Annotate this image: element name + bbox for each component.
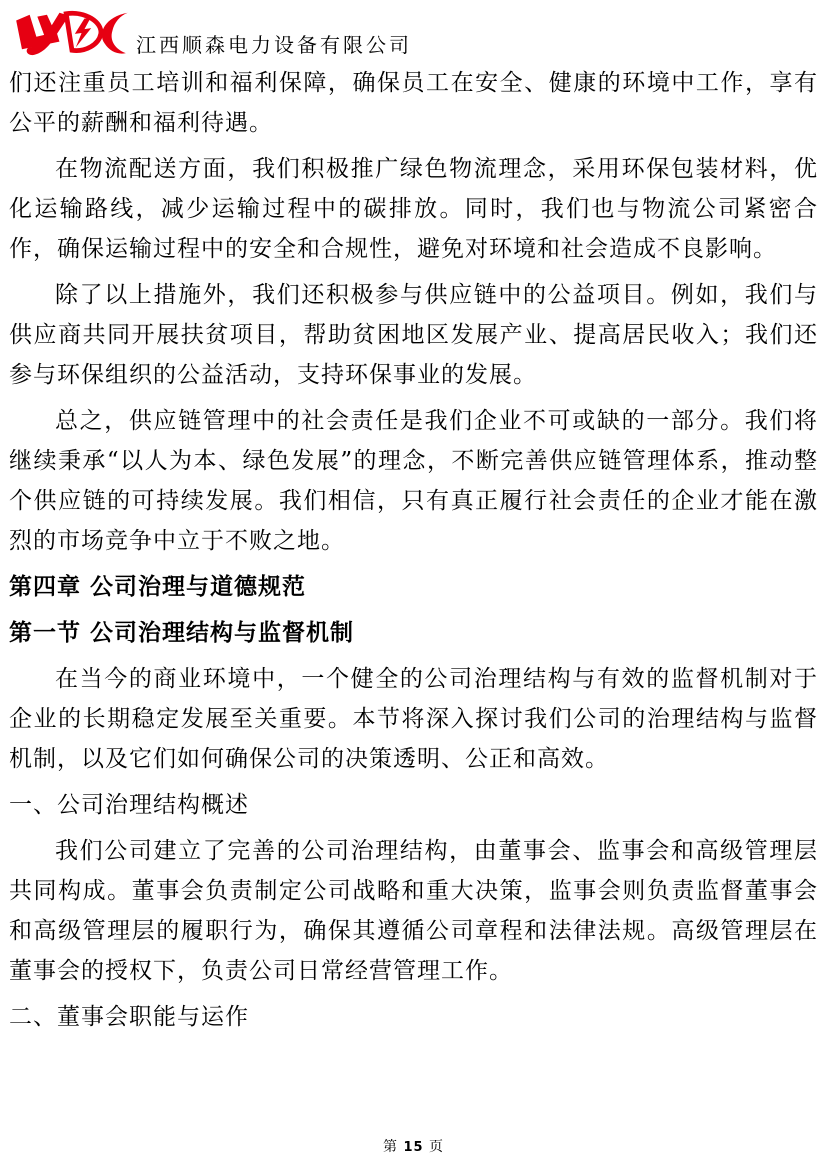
document-body: 们还注重员工培训和福利保障，确保员工在安全、健康的环境中工作，享有公平的薪酬和福… (0, 57, 827, 1037)
list-heading: 二、董事会职能与运作 (9, 997, 818, 1037)
page-header: 江西顺森电力设备有限公司 (0, 0, 827, 57)
page-number: 15 (403, 1140, 423, 1155)
company-logo (8, 7, 134, 57)
chapter-heading: 第四章 公司治理与道德规范 (9, 567, 818, 607)
page-footer: 第 15 页 (0, 1136, 827, 1156)
paragraph: 们还注重员工培训和福利保障，确保员工在安全、健康的环境中工作，享有公平的薪酬和福… (9, 63, 818, 143)
paragraph: 在物流配送方面，我们积极推广绿色物流理念，采用环保包装材料，优化运输路线，减少运… (9, 149, 818, 269)
paragraph: 在当今的商业环境中，一个健全的公司治理结构与有效的监督机制对于企业的长期稳定发展… (9, 659, 818, 779)
list-heading: 一、公司治理结构概述 (9, 785, 818, 825)
page-number-prefix: 第 (383, 1139, 398, 1155)
paragraph: 我们公司建立了完善的公司治理结构，由董事会、监事会和高级管理层共同构成。董事会负… (9, 831, 818, 991)
company-name: 江西顺森电力设备有限公司 (134, 35, 412, 57)
paragraph: 除了以上措施外，我们还积极参与供应链中的公益项目。例如，我们与供应商共同开展扶贫… (9, 275, 818, 395)
logo-letter-c (102, 13, 128, 54)
lightning-bolt-icon (75, 19, 91, 48)
section-heading: 第一节 公司治理结构与监督机制 (9, 613, 818, 653)
page-number-suffix: 页 (429, 1139, 444, 1155)
paragraph: 总之，供应链管理中的社会责任是我们企业不可或缺的一部分。我们将继续秉承“以人为本… (9, 401, 818, 561)
document-page: 江西顺森电力设备有限公司 们还注重员工培训和福利保障，确保员工在安全、健康的环境… (0, 0, 827, 1164)
